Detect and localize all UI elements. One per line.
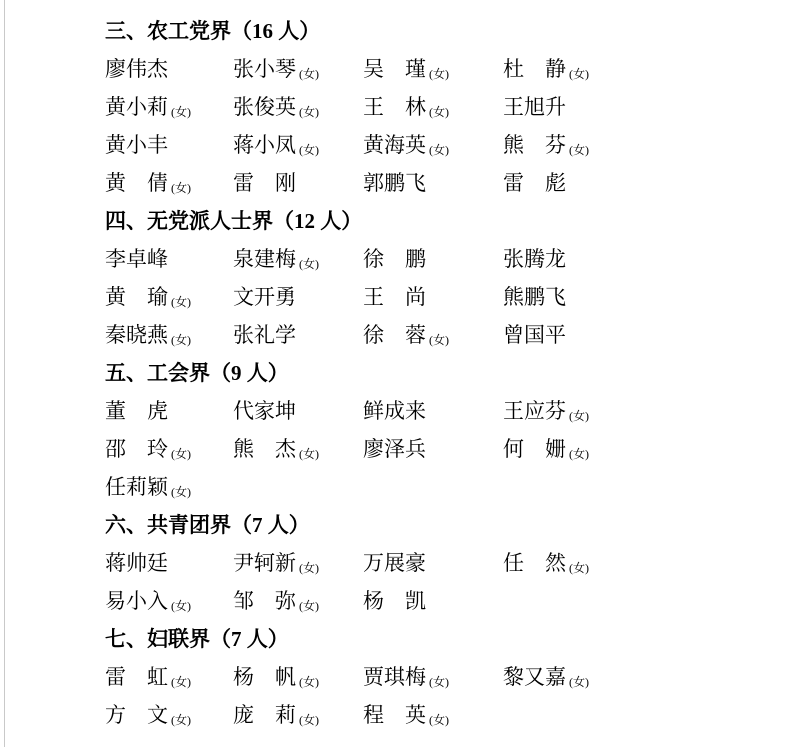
member-name: 易小入	[105, 589, 168, 613]
document-page: 三、农工党界（16 人）廖伟杰张小琴(女)吴 瑾(女)杜 静(女)黄小莉(女)张…	[0, 0, 795, 747]
member-name: 吴 瑾	[363, 57, 426, 81]
member-cell: 熊 芬(女)	[503, 126, 777, 167]
member-cell: 杜 静(女)	[503, 50, 777, 91]
member-cell: 王 林(女)	[363, 88, 503, 129]
member-cell: 张俊英(女)	[233, 88, 363, 129]
female-marker: (女)	[429, 105, 449, 119]
female-marker: (女)	[299, 675, 319, 689]
member-row: 廖伟杰张小琴(女)吴 瑾(女)杜 静(女)	[105, 50, 777, 88]
member-cell: 任 然(女)	[503, 544, 777, 585]
female-marker: (女)	[299, 599, 319, 613]
member-row: 秦晓燕(女)张礼学徐 蓉(女)曾国平	[105, 316, 777, 354]
female-marker: (女)	[171, 447, 191, 461]
member-name: 邹 弥	[233, 589, 296, 613]
member-name: 黄小莉	[105, 95, 168, 119]
member-name: 张俊英	[233, 95, 296, 119]
member-cell: 徐 蓉(女)	[363, 316, 503, 357]
member-name: 庞 莉	[233, 703, 296, 727]
member-row: 董 虎代家坤鲜成来王应芬(女)	[105, 392, 777, 430]
member-name: 黎又嘉	[503, 665, 566, 689]
member-name: 贾琪梅	[363, 665, 426, 689]
member-cell: 黄小丰	[105, 126, 233, 167]
member-name: 方 文	[105, 703, 168, 727]
member-cell: 熊 杰(女)	[233, 430, 363, 471]
member-cell: 秦晓燕(女)	[105, 316, 233, 357]
member-cell: 李卓峰	[105, 240, 233, 281]
member-name: 张礼学	[233, 323, 296, 347]
member-name: 代家坤	[233, 399, 296, 423]
female-marker: (女)	[299, 447, 319, 461]
member-name: 李卓峰	[105, 247, 168, 271]
member-cell: 易小入(女)	[105, 582, 233, 623]
member-list: 三、农工党界（16 人）廖伟杰张小琴(女)吴 瑾(女)杜 静(女)黄小莉(女)张…	[105, 12, 777, 734]
member-name: 廖伟杰	[105, 57, 168, 81]
member-name: 王 林	[363, 95, 426, 119]
female-marker: (女)	[429, 143, 449, 157]
member-name: 邵 玲	[105, 437, 168, 461]
member-cell: 方 文(女)	[105, 696, 233, 737]
member-cell: 黄 倩(女)	[105, 164, 233, 205]
female-marker: (女)	[429, 67, 449, 81]
female-marker: (女)	[171, 333, 191, 347]
section-heading: 六、共青团界（7 人）	[105, 506, 777, 544]
member-cell: 文开勇	[233, 278, 363, 319]
member-row: 李卓峰泉建梅(女)徐 鹏张腾龙	[105, 240, 777, 278]
member-name: 任 然	[503, 551, 566, 575]
member-cell: 程 英(女)	[363, 696, 503, 737]
female-marker: (女)	[171, 599, 191, 613]
member-name: 黄 瑜	[105, 285, 168, 309]
member-name: 文开勇	[233, 285, 296, 309]
member-name: 秦晓燕	[105, 323, 168, 347]
female-marker: (女)	[299, 67, 319, 81]
member-name: 万展豪	[363, 551, 426, 575]
female-marker: (女)	[429, 713, 449, 727]
female-marker: (女)	[171, 713, 191, 727]
female-marker: (女)	[299, 105, 319, 119]
member-name: 黄 倩	[105, 171, 168, 195]
female-marker: (女)	[569, 675, 589, 689]
member-row: 易小入(女)邹 弥(女)杨 凯	[105, 582, 777, 620]
section-heading: 四、无党派人士界（12 人）	[105, 202, 777, 240]
page-left-edge	[4, 0, 5, 747]
member-name: 杨 凯	[363, 589, 426, 613]
member-cell: 董 虎	[105, 392, 233, 433]
female-marker: (女)	[299, 143, 319, 157]
member-name: 熊鹏飞	[503, 285, 566, 309]
member-name: 徐 蓉	[363, 323, 426, 347]
member-cell: 何 姗(女)	[503, 430, 777, 471]
member-cell: 吴 瑾(女)	[363, 50, 503, 91]
member-name: 熊 芬	[503, 133, 566, 157]
member-name: 泉建梅	[233, 247, 296, 271]
member-row: 方 文(女)庞 莉(女)程 英(女)	[105, 696, 777, 734]
member-name: 黄小丰	[105, 133, 168, 157]
member-cell: 蒋帅廷	[105, 544, 233, 585]
member-name: 张小琴	[233, 57, 296, 81]
female-marker: (女)	[171, 105, 191, 119]
member-name: 王应芬	[503, 399, 566, 423]
female-marker: (女)	[569, 143, 589, 157]
member-cell: 王旭升	[503, 88, 777, 129]
member-cell: 熊鹏飞	[503, 278, 777, 319]
member-cell: 万展豪	[363, 544, 503, 585]
member-cell: 蒋小凤(女)	[233, 126, 363, 167]
member-name: 王 尚	[363, 285, 426, 309]
member-cell: 杨 帆(女)	[233, 658, 363, 699]
female-marker: (女)	[429, 675, 449, 689]
member-name: 蒋帅廷	[105, 551, 168, 575]
member-name: 曾国平	[503, 323, 566, 347]
female-marker: (女)	[171, 485, 191, 499]
member-cell: 贾琪梅(女)	[363, 658, 503, 699]
member-name: 雷 虹	[105, 665, 168, 689]
female-marker: (女)	[171, 181, 191, 195]
member-name: 董 虎	[105, 399, 168, 423]
female-marker: (女)	[569, 409, 589, 423]
member-name: 郭鹏飞	[363, 171, 426, 195]
member-name: 任莉颖	[105, 475, 168, 499]
member-cell: 黎又嘉(女)	[503, 658, 777, 699]
member-cell: 廖泽兵	[363, 430, 503, 471]
female-marker: (女)	[569, 67, 589, 81]
member-cell: 黄海英(女)	[363, 126, 503, 167]
member-name: 熊 杰	[233, 437, 296, 461]
member-name: 雷 刚	[233, 171, 296, 195]
member-cell: 尹轲新(女)	[233, 544, 363, 585]
member-cell: 庞 莉(女)	[233, 696, 363, 737]
section-heading: 三、农工党界（16 人）	[105, 12, 777, 50]
member-cell: 王应芬(女)	[503, 392, 777, 433]
member-name: 黄海英	[363, 133, 426, 157]
member-cell: 张小琴(女)	[233, 50, 363, 91]
member-cell: 代家坤	[233, 392, 363, 433]
member-name: 杨 帆	[233, 665, 296, 689]
member-row: 雷 虹(女)杨 帆(女)贾琪梅(女)黎又嘉(女)	[105, 658, 777, 696]
member-cell: 郭鹏飞	[363, 164, 503, 205]
member-name: 张腾龙	[503, 247, 566, 271]
female-marker: (女)	[171, 295, 191, 309]
member-cell: 张腾龙	[503, 240, 777, 281]
female-marker: (女)	[299, 257, 319, 271]
female-marker: (女)	[569, 447, 589, 461]
member-row: 黄 瑜(女)文开勇王 尚熊鹏飞	[105, 278, 777, 316]
member-cell: 曾国平	[503, 316, 777, 357]
member-name: 鲜成来	[363, 399, 426, 423]
member-cell: 雷 虹(女)	[105, 658, 233, 699]
member-cell: 徐 鹏	[363, 240, 503, 281]
member-cell: 黄 瑜(女)	[105, 278, 233, 319]
member-name: 程 英	[363, 703, 426, 727]
member-cell: 黄小莉(女)	[105, 88, 233, 129]
female-marker: (女)	[429, 333, 449, 347]
female-marker: (女)	[299, 561, 319, 575]
member-cell: 邵 玲(女)	[105, 430, 233, 471]
member-cell: 雷 刚	[233, 164, 363, 205]
member-cell: 鲜成来	[363, 392, 503, 433]
member-name: 王旭升	[503, 95, 566, 119]
member-cell: 泉建梅(女)	[233, 240, 363, 281]
member-cell: 张礼学	[233, 316, 363, 357]
member-cell: 任莉颖(女)	[105, 468, 233, 509]
member-name: 徐 鹏	[363, 247, 426, 271]
member-row: 任莉颖(女)	[105, 468, 777, 506]
member-cell: 廖伟杰	[105, 50, 233, 91]
female-marker: (女)	[299, 713, 319, 727]
member-row: 黄 倩(女)雷 刚郭鹏飞雷 彪	[105, 164, 777, 202]
member-cell: 雷 彪	[503, 164, 777, 205]
member-cell: 王 尚	[363, 278, 503, 319]
member-cell: 杨 凯	[363, 582, 503, 623]
female-marker: (女)	[171, 675, 191, 689]
member-row: 黄小丰蒋小凤(女)黄海英(女)熊 芬(女)	[105, 126, 777, 164]
member-name: 廖泽兵	[363, 437, 426, 461]
member-row: 邵 玲(女)熊 杰(女)廖泽兵何 姗(女)	[105, 430, 777, 468]
section-heading: 七、妇联界（7 人）	[105, 620, 777, 658]
member-row: 黄小莉(女)张俊英(女)王 林(女)王旭升	[105, 88, 777, 126]
member-name: 何 姗	[503, 437, 566, 461]
section-heading: 五、工会界（9 人）	[105, 354, 777, 392]
member-cell: 邹 弥(女)	[233, 582, 363, 623]
member-name: 杜 静	[503, 57, 566, 81]
member-row: 蒋帅廷尹轲新(女)万展豪任 然(女)	[105, 544, 777, 582]
female-marker: (女)	[569, 561, 589, 575]
member-name: 雷 彪	[503, 171, 566, 195]
member-name: 尹轲新	[233, 551, 296, 575]
member-name: 蒋小凤	[233, 133, 296, 157]
